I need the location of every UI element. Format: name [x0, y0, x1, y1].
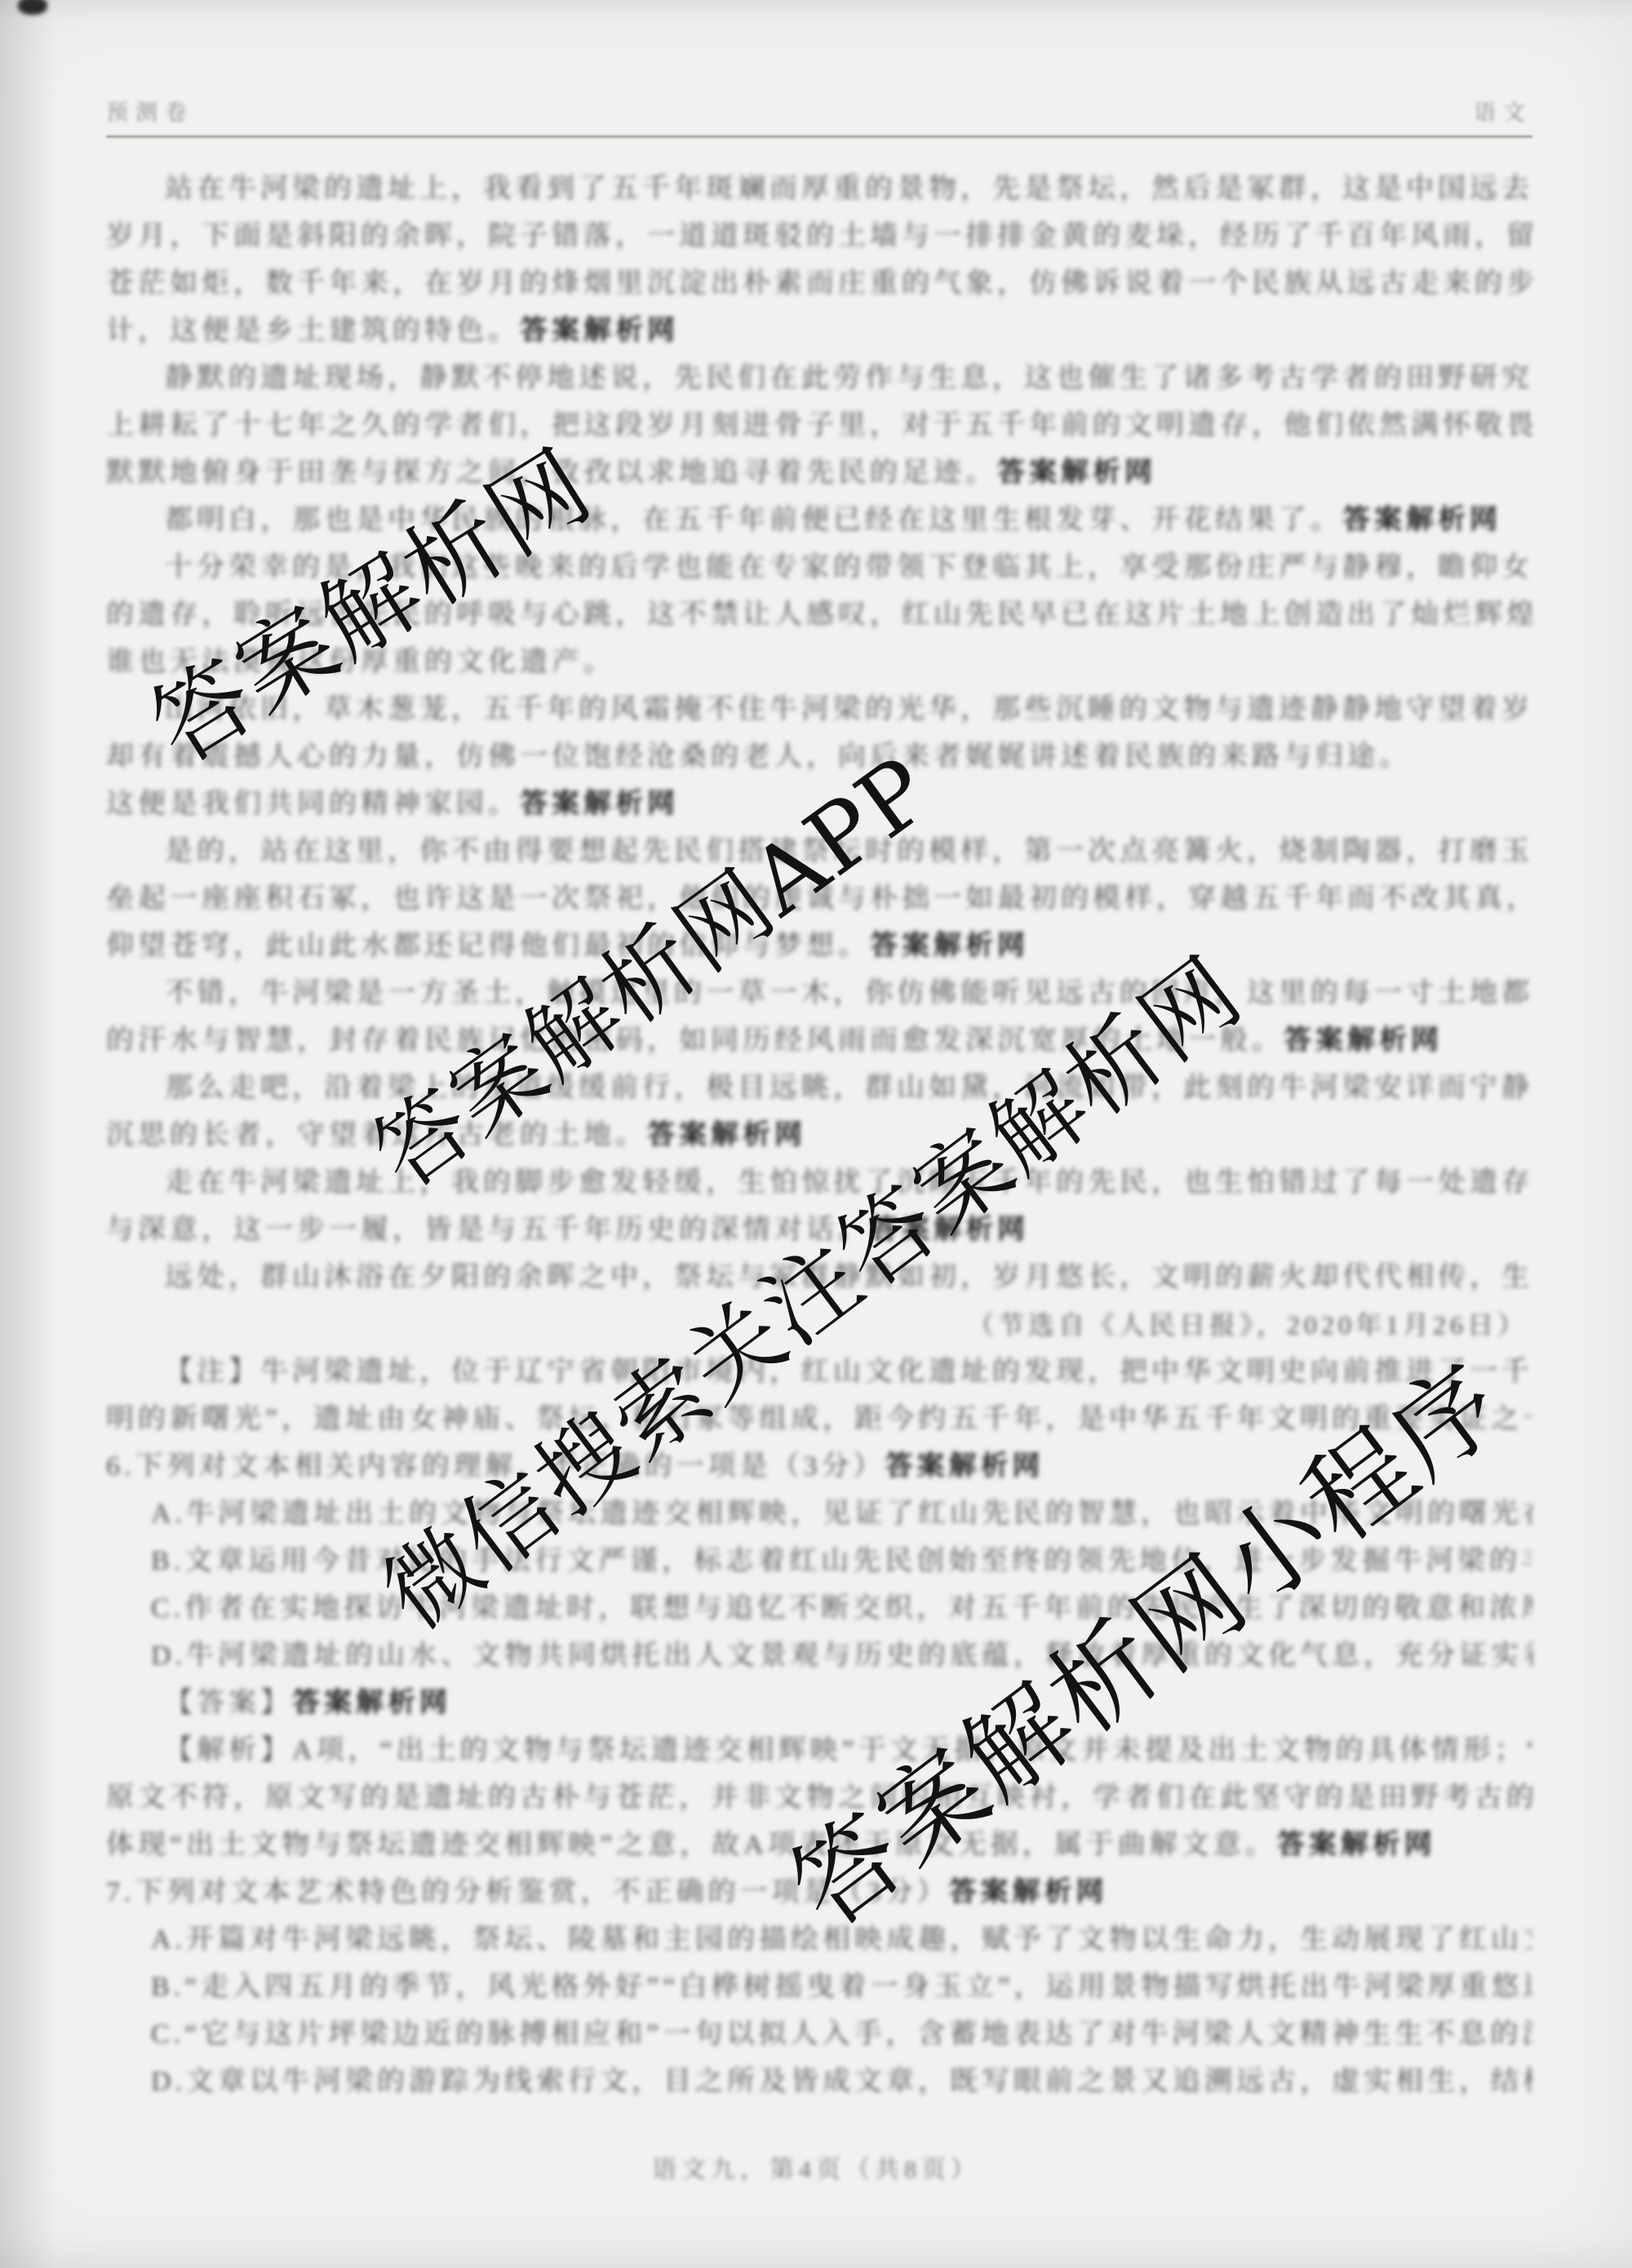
text-line: 沉思的长者，守望着这片古老的土地。答案解析网 — [106, 1112, 1532, 1159]
line-text: 苍茫如炬，数千年来，在岁月的烽烟里沉淀出朴素而庄重的气象，仿佛诉说着一个民族从远… — [106, 268, 1532, 299]
text-line: 岁月，下面是斜阳的余晖，院子错落，一道道斑驳的土墙与一排排金黄的麦垛，经历了千百… — [106, 213, 1532, 260]
line-text: D.牛河梁遗址的山水、文物共同烘托出人文景观与历史的底蕴，释放着厚重的文化气息，… — [151, 1641, 1532, 1671]
line-text: 体现“出土文物与祭坛遗迹交相辉映”之意，故A项表述于原文无据，属于曲解文意。 — [106, 1830, 1277, 1860]
line-text: B.“走入四五月的季节，风光格外好”“白桦树摇曳着一身玉立”，运用景物描写烘托出… — [151, 1972, 1532, 2002]
line-text: 却有着震撼人心的力量，仿佛一位饱经沧桑的老人，向后来者娓娓讲述着民族的来路与归途… — [106, 742, 1411, 772]
text-line: 仰望苍穹，此山此水都还记得他们最初的信仰与梦想。答案解析网 — [106, 923, 1532, 970]
line-text: 上耕耘了十七年之久的学者们，把这段岁月刻进骨子里，对于五千年前的文明遗存，他们依… — [106, 410, 1532, 441]
text-line: 站在牛河梁的遗址上，我看到了五千年斑斓而厚重的景物，先是祭坛，然后是冢群，这是中… — [106, 166, 1532, 213]
line-text: C.“它与这片坪梁边近的脉搏相应和”一句以拟人入手，含蓄地表达了对牛河梁人文精神… — [151, 2019, 1532, 2049]
inline-bold-site-marker: 答案解析网 — [292, 1688, 451, 1718]
page-footer: 语文九，第4页（共8页） — [0, 2149, 1632, 2185]
text-line: 静默的遗址现场，静默不停地述说，先民们在此劳作与生息，这也催生了诸多考古学者的田… — [106, 355, 1532, 402]
text-line: A.开篇对牛河梁远眺，祭坛、陵墓和主园的描绘相映成趣，赋予了文物以生命力，生动展… — [106, 1916, 1532, 1964]
header-rule — [106, 135, 1532, 138]
inline-bold-site-marker: 答案解析网 — [870, 931, 1029, 961]
text-line: 那么走吧，沿着梁上的步道缓缓前行，极目远眺，群山如黛，河流如带，此刻的牛河梁安详… — [106, 1065, 1532, 1112]
inline-bold-site-marker: 答案解析网 — [1284, 1025, 1443, 1056]
text-line: 默默地俯身于田垄与探方之间，孜孜以求地追寻着先民的足迹。答案解析网 — [106, 450, 1532, 497]
scan-edge-shadow-top — [0, 0, 1632, 21]
line-text: 站在牛河梁的遗址上，我看到了五千年斑斓而厚重的景物，先是祭坛，然后是冢群，这是中… — [165, 174, 1532, 204]
scan-artifact-speck — [18, 0, 47, 15]
line-text: C.作者在实地探访牛河梁遗址时，联想与追忆不断交织，对五千年前的先民产生了深切的… — [151, 1593, 1532, 1623]
line-text: 这便是我们共同的精神家园。 — [106, 789, 520, 819]
header-left-label: 预测卷 — [106, 95, 194, 126]
line-text: D.文章以牛河梁的游踪为线索行文，目之所及皆成文章，既写眼前之景又追溯远古，虚实… — [151, 2066, 1532, 2097]
line-text: 计，这便是乡土建筑的特色。 — [106, 316, 520, 346]
text-line: 计，这便是乡土建筑的特色。答案解析网 — [106, 308, 1532, 355]
line-text: 都明白，那也是中华民族的根脉，在五千年前便已经在这里生根发芽、开花结果了。 — [165, 505, 1342, 535]
line-text: 不错，牛河梁是一方圣土，触摸这里的一草一木，你仿佛能听见远古的回声，这里的每一寸… — [165, 978, 1532, 1008]
text-line: 苍茫如炬，数千年来，在岁月的烽烟里沉淀出朴素而庄重的气象，仿佛诉说着一个民族从远… — [106, 260, 1532, 308]
text-line: 【解析】A项，“出土的文物与祭坛遗迹交相辉映”于文无据，原文并未提及出土文物的具… — [106, 1727, 1532, 1774]
text-line: 的汗水与智慧，封存着民族记忆的密码，如同历经风雨而愈发深沉宽厚的土地一般。答案解… — [106, 1017, 1532, 1065]
page-header: 预测卷 语文 — [106, 95, 1532, 132]
text-line: C.“它与这片坪梁边近的脉搏相应和”一句以拟人入手，含蓄地表达了对牛河梁人文精神… — [106, 2011, 1532, 2058]
text-line: 不错，牛河梁是一方圣土，触摸这里的一草一木，你仿佛能听见远古的回声，这里的每一寸… — [106, 970, 1532, 1017]
line-text: 岁月，下面是斜阳的余晖，院子错落，一道道斑驳的土墙与一排排金黄的麦垛，经历了千百… — [106, 221, 1532, 251]
text-line: 都明白，那也是中华民族的根脉，在五千年前便已经在这里生根发芽、开花结果了。答案解… — [106, 497, 1532, 544]
inline-bold-site-marker: 答案解析网 — [885, 1451, 1044, 1482]
scan-edge-shadow-bottom — [0, 2235, 1632, 2268]
text-line: D.牛河梁遗址的山水、文物共同烘托出人文景观与历史的底蕴，释放着厚重的文化气息，… — [106, 1632, 1532, 1680]
line-text: 山河依旧，草木葱茏，五千年的风霜掩不住牛河梁的光华，那些沉睡的文物与遗迹静静地守… — [165, 694, 1532, 724]
scan-edge-shadow-left — [0, 0, 57, 2268]
text-line: B.“走入四五月的季节，风光格外好”“白桦树摇曳着一身玉立”，运用景物描写烘托出… — [106, 1964, 1532, 2011]
inline-bold-site-marker: 答案解析网 — [1277, 1830, 1436, 1860]
inline-bold-site-marker: 答案解析网 — [1342, 505, 1501, 535]
line-text: 【注】牛河梁遗址，位于辽宁省朝阳市境内，红山文化遗址的发现，把中华文明史向前推进… — [165, 1357, 1532, 1387]
inline-bold-site-marker: 答案解析网 — [997, 458, 1156, 488]
line-text: 【解析】A项，“出土的文物与祭坛遗迹交相辉映”于文无据，原文并未提及出土文物的具… — [165, 1735, 1532, 1765]
text-line: 【答案】答案解析网 — [106, 1680, 1532, 1727]
inline-bold-site-marker: 答案解析网 — [520, 316, 679, 346]
inline-bold-site-marker: 答案解析网 — [949, 1877, 1108, 1907]
inline-bold-site-marker: 答案解析网 — [520, 789, 679, 819]
text-line: D.文章以牛河梁的游踪为线索行文，目之所及皆成文章，既写眼前之景又追溯远古，虚实… — [106, 2058, 1532, 2106]
line-text: 静默的遗址现场，静默不停地述说，先民们在此劳作与生息，这也催生了诸多考古学者的田… — [165, 363, 1532, 393]
text-line: 上耕耘了十七年之久的学者们，把这段岁月刻进骨子里，对于五千年前的文明遗存，他们依… — [106, 402, 1532, 450]
inline-bold-site-marker: 答案解析网 — [647, 1120, 806, 1150]
header-right-label: 语文 — [1474, 95, 1532, 126]
scanned-exam-page: 预测卷 语文 站在牛河梁的遗址上，我看到了五千年斑斓而厚重的景物，先是祭坛，然后… — [0, 0, 1632, 2268]
line-text: 与深意，这一步一履，皆是与五千年历史的深情对话。 — [106, 1215, 870, 1245]
line-text: 【答案】 — [165, 1688, 292, 1718]
